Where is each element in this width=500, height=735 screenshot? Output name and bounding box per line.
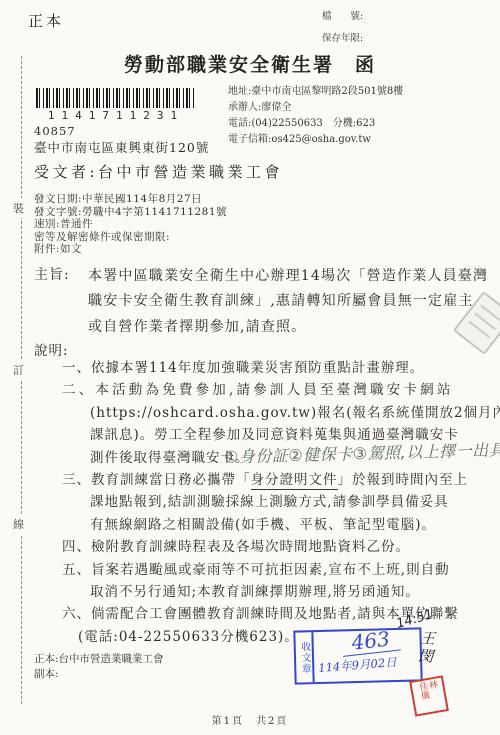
copies-block: 正本:台中市營造業職業工會 副本:: [34, 652, 164, 682]
original-copy-line: 正本:台中市營造業職業工會: [34, 652, 164, 667]
doc-number: 發文字號:勞職中4字第1141711281號: [34, 206, 227, 219]
receipt-date: 114年9月02日: [318, 654, 397, 676]
copy-type-label: 正本: [28, 10, 64, 31]
explanation-items: 一、依據本署114年度加強職業災害預防重點計畫辦理。 二、本活動為免費參加,請參…: [62, 357, 500, 648]
item-1: 一、依據本署114年度加強職業災害預防重點計畫辦理。: [62, 357, 500, 379]
barcode: [36, 88, 196, 108]
subject-line: 本署中區職業安全衛生中心辦理14場次「營造作業人員臺灣: [88, 264, 488, 289]
receipt-stamp-label: 收文章: [295, 632, 314, 682]
document-title: 勞動部職業安全衛生署 函: [0, 50, 500, 77]
item-number: 一、: [62, 360, 91, 376]
agency-address: 地址:臺中市南屯區黎明路2段501號8樓: [228, 84, 403, 100]
issue-date: 發文日期:中華民國114年8月27日: [34, 193, 227, 206]
agency-contact-block: 地址:臺中市南屯區黎明路2段501號8樓 承辦人:廖偉全 電話:(04)2255…: [228, 84, 403, 148]
barcode-digits: 1141711231: [36, 109, 196, 122]
red-name-stamp: 林 佳儀: [409, 675, 449, 716]
item-3: 三、教育訓練當日務必攜帶「身分證明文件」於報到時間內至上: [62, 469, 500, 491]
item-number: 四、: [62, 539, 91, 555]
item-number: 二、: [62, 382, 95, 398]
item-5-cont: 取消不另行通知;本教育訓練擇期辦理,將另函通知。: [62, 581, 500, 603]
subject-label: 主旨:: [34, 264, 70, 284]
file-number-label: 檔 號:: [322, 8, 363, 22]
agency-contact-person: 承辦人:廖偉全: [228, 100, 403, 116]
receipt-stamp: 收文章 463 114年9月02日: [293, 627, 422, 684]
security-class: 密等及解密條件或保密期限:: [34, 231, 227, 244]
document-page: 裝 訂 線 正本 檔 號: 保存年限: 勞動部職業安全衛生署 函 1141711…: [0, 0, 500, 735]
receipt-stamp-body: 463 114年9月02日: [313, 629, 420, 682]
agency-phone: 電話:(04)22550633 分機:623: [228, 116, 403, 132]
item-3-cont: 課地點報到,結訓測驗採線上測驗方式,請參訓學員備妥具: [62, 491, 500, 513]
subject-line: 職安卡安全衛生教育訓練」,惠請轉知所屬會員無一定雇主: [88, 289, 488, 314]
subject-line: 或自營作業者擇期參加,請查照。: [88, 315, 488, 340]
item-3-cont: 有無線網路之相關設備(如手機、平板、筆記型電腦)。: [62, 514, 500, 536]
subject-text: 本署中區職業安全衛生中心辦理14場次「營造作業人員臺灣 職安卡安全衛生教育訓練」…: [88, 264, 488, 340]
receipt-number: 463: [340, 625, 401, 656]
item-4: 四、檢附教育訓練時程表及各場次時間地點資料乙份。: [62, 536, 500, 558]
recipient-line: 受文者:台中市營造業職業工會: [34, 161, 283, 182]
binding-char-zhuang: 裝: [13, 198, 24, 218]
explanation-label: 說明:: [34, 339, 69, 359]
underlined-phrase: 身分證明文件: [251, 472, 338, 490]
item-number: 三、: [62, 472, 91, 488]
meta-block: 發文日期:中華民國114年8月27日 發文字號:勞職中4字第1141711281…: [34, 193, 227, 256]
item-number: 五、: [62, 562, 91, 578]
handwritten-signature: 王閔: [414, 629, 438, 667]
item-6: 六、倘需配合工會團體教育訓練時間及地點者,請與本單位聯繫: [62, 603, 500, 625]
cc-copy-line: 副本:: [34, 667, 164, 682]
item-5: 五、旨案若遇颱風或豪雨等不可抗拒因素,宣布不上班,則自動: [62, 559, 500, 581]
item-2-cont: (https://oshcard.osha.gov.tw)報名(報名系統僅開放2…: [62, 402, 500, 424]
binding-line: [21, 56, 22, 704]
binding-char-ding: 訂: [13, 360, 24, 380]
agency-email: 電子信箱:os425@osha.gov.tw: [228, 132, 403, 148]
item-2: 二、本活動為免費參加,請參訓人員至臺灣職安卡網站: [62, 379, 500, 401]
retention-period-label: 保存年限:: [322, 30, 363, 44]
recipient-address: 臺中市南屯區東興東街120號: [34, 138, 209, 156]
speed-class: 速別:普通件: [34, 218, 227, 231]
recipient-zip: 40857: [34, 124, 76, 138]
binding-char-xian: 線: [13, 514, 24, 534]
item-number: 六、: [62, 606, 91, 622]
attachment-note: 附件:如文: [34, 243, 227, 256]
